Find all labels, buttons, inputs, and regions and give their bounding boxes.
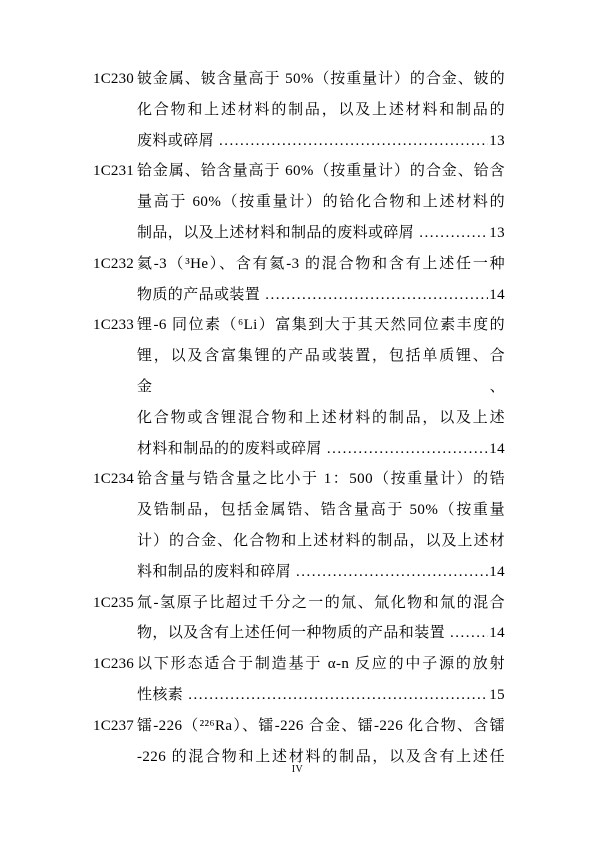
entry-code: 1C233 — [93, 310, 137, 341]
entry-last-line: 物，以及含有上述任何一种物质的产品和装置 14 — [137, 618, 505, 649]
entry-last-line: 料和制品的废料和碎屑 14 — [137, 557, 505, 588]
entry-text-line: 物，以及含有上述任何一种物质的产品和装置 — [137, 618, 445, 649]
toc-entry-1c232: 1C232 氦-3（³He）、含有氦-3 的混合物和含有上述任一种 物质的产品或… — [93, 249, 505, 311]
entry-text-line: 料和制品的废料和碎屑 — [137, 557, 291, 588]
entry-body: 以下形态适合于制造基于 α-n 反应的中子源的放射 性核素 15 — [137, 649, 505, 711]
table-of-contents: 1C230 铍金属、铍含量高于 50%（按重量计）的合金、铍的 化合物和上述材料… — [93, 64, 505, 772]
entry-body: 氦-3（³He）、含有氦-3 的混合物和含有上述任一种 物质的产品或装置 14 — [137, 249, 505, 311]
entry-text-line: 计）的合金、化合物和上述材料的制品，以及上述材 — [137, 526, 505, 557]
entry-page-number: 13 — [489, 218, 505, 249]
entry-page-number: 15 — [489, 680, 505, 711]
entry-text-line: 锂，以及含富集锂的产品或装置，包括单质锂、合金、 — [137, 341, 505, 403]
entry-text-line: 铪含量与锆含量之比小于 1：500（按重量计）的锆 — [137, 464, 505, 495]
entry-text-line: 物质的产品或装置 — [137, 280, 260, 311]
dot-leader — [265, 280, 488, 311]
entry-text-line: 材料和制品的的废料或碎屑 — [137, 434, 322, 465]
dot-leader — [327, 434, 488, 465]
dot-leader — [296, 557, 488, 588]
dot-leader — [219, 126, 488, 157]
entry-text-line: 制品，以及上述材料和制品的废料或碎屑 — [137, 218, 414, 249]
entry-text-line: 及锆制品，包括金属锆、锆含量高于 50%（按重量 — [137, 495, 505, 526]
toc-entry-1c234: 1C234 铪含量与锆含量之比小于 1：500（按重量计）的锆 及锆制品，包括金… — [93, 464, 505, 587]
toc-entry-1c230: 1C230 铍金属、铍含量高于 50%（按重量计）的合金、铍的 化合物和上述材料… — [93, 64, 505, 156]
entry-body: 氚-氢原子比超过千分之一的氚、氚化物和氚的混合 物，以及含有上述任何一种物质的产… — [137, 588, 505, 650]
entry-text-line: 铍金属、铍含量高于 50%（按重量计）的合金、铍的 — [137, 64, 505, 95]
entry-last-line: 性核素 15 — [137, 680, 505, 711]
entry-last-line: 物质的产品或装置 14 — [137, 280, 505, 311]
toc-entry-1c235: 1C235 氚-氢原子比超过千分之一的氚、氚化物和氚的混合 物，以及含有上述任何… — [93, 588, 505, 650]
toc-entry-1c231: 1C231 铪金属、铪含量高于 60%（按重量计）的合金、铪含 量高于 60%（… — [93, 156, 505, 248]
entry-code: 1C231 — [93, 156, 137, 187]
dot-leader — [188, 680, 488, 711]
entry-code: 1C232 — [93, 249, 137, 280]
entry-text-line: 锂-6 同位素（⁶Li）富集到大于其天然同位素丰度的 — [137, 310, 505, 341]
entry-code: 1C234 — [93, 464, 137, 495]
toc-entry-1c233: 1C233 锂-6 同位素（⁶Li）富集到大于其天然同位素丰度的 锂，以及含富集… — [93, 310, 505, 464]
entry-body: 铪含量与锆含量之比小于 1：500（按重量计）的锆 及锆制品，包括金属锆、锆含量… — [137, 464, 505, 587]
dot-leader — [450, 618, 488, 649]
entry-page-number: 14 — [489, 434, 505, 465]
entry-code: 1C236 — [93, 649, 137, 680]
page-footer: IV — [0, 764, 595, 775]
entry-text-line: 量高于 60%（按重量计）的铪化合物和上述材料的 — [137, 187, 505, 218]
entry-text-line: 化合物或含锂混合物和上述材料的制品，以及上述 — [137, 403, 505, 434]
entry-page-number: 14 — [489, 618, 505, 649]
document-page: 1C230 铍金属、铍含量高于 50%（按重量计）的合金、铍的 化合物和上述材料… — [0, 0, 595, 841]
entry-last-line: 制品，以及上述材料和制品的废料或碎屑 13 — [137, 218, 505, 249]
entry-page-number: 14 — [489, 557, 505, 588]
entry-last-line: 材料和制品的的废料或碎屑 14 — [137, 434, 505, 465]
entry-text-line: 废料或碎屑 — [137, 126, 214, 157]
entry-text-line: 化合物和上述材料的制品，以及上述材料和制品的 — [137, 95, 505, 126]
entry-page-number: 13 — [489, 126, 505, 157]
entry-text-line: 氚-氢原子比超过千分之一的氚、氚化物和氚的混合 — [137, 588, 505, 619]
entry-text-line: 性核素 — [137, 680, 183, 711]
entry-text-line: 氦-3（³He）、含有氦-3 的混合物和含有上述任一种 — [137, 249, 505, 280]
entry-body: 铪金属、铪含量高于 60%（按重量计）的合金、铪含 量高于 60%（按重量计）的… — [137, 156, 505, 248]
entry-text-line: 镭-226（²²⁶Ra）、镭-226 合金、镭-226 化合物、含镭 — [137, 711, 505, 742]
entry-last-line: 废料或碎屑 13 — [137, 126, 505, 157]
dot-leader — [419, 218, 488, 249]
entry-body: 铍金属、铍含量高于 50%（按重量计）的合金、铍的 化合物和上述材料的制品，以及… — [137, 64, 505, 156]
entry-body: 锂-6 同位素（⁶Li）富集到大于其天然同位素丰度的 锂，以及含富集锂的产品或装… — [137, 310, 505, 464]
entry-text-line: 铪金属、铪含量高于 60%（按重量计）的合金、铪含 — [137, 156, 505, 187]
entry-page-number: 14 — [489, 280, 505, 311]
entry-code: 1C237 — [93, 711, 137, 742]
entry-code: 1C230 — [93, 64, 137, 95]
entry-code: 1C235 — [93, 588, 137, 619]
footer-page-number: IV — [292, 764, 304, 775]
entry-text-line: 以下形态适合于制造基于 α-n 反应的中子源的放射 — [137, 649, 505, 680]
toc-entry-1c236: 1C236 以下形态适合于制造基于 α-n 反应的中子源的放射 性核素 15 — [93, 649, 505, 711]
